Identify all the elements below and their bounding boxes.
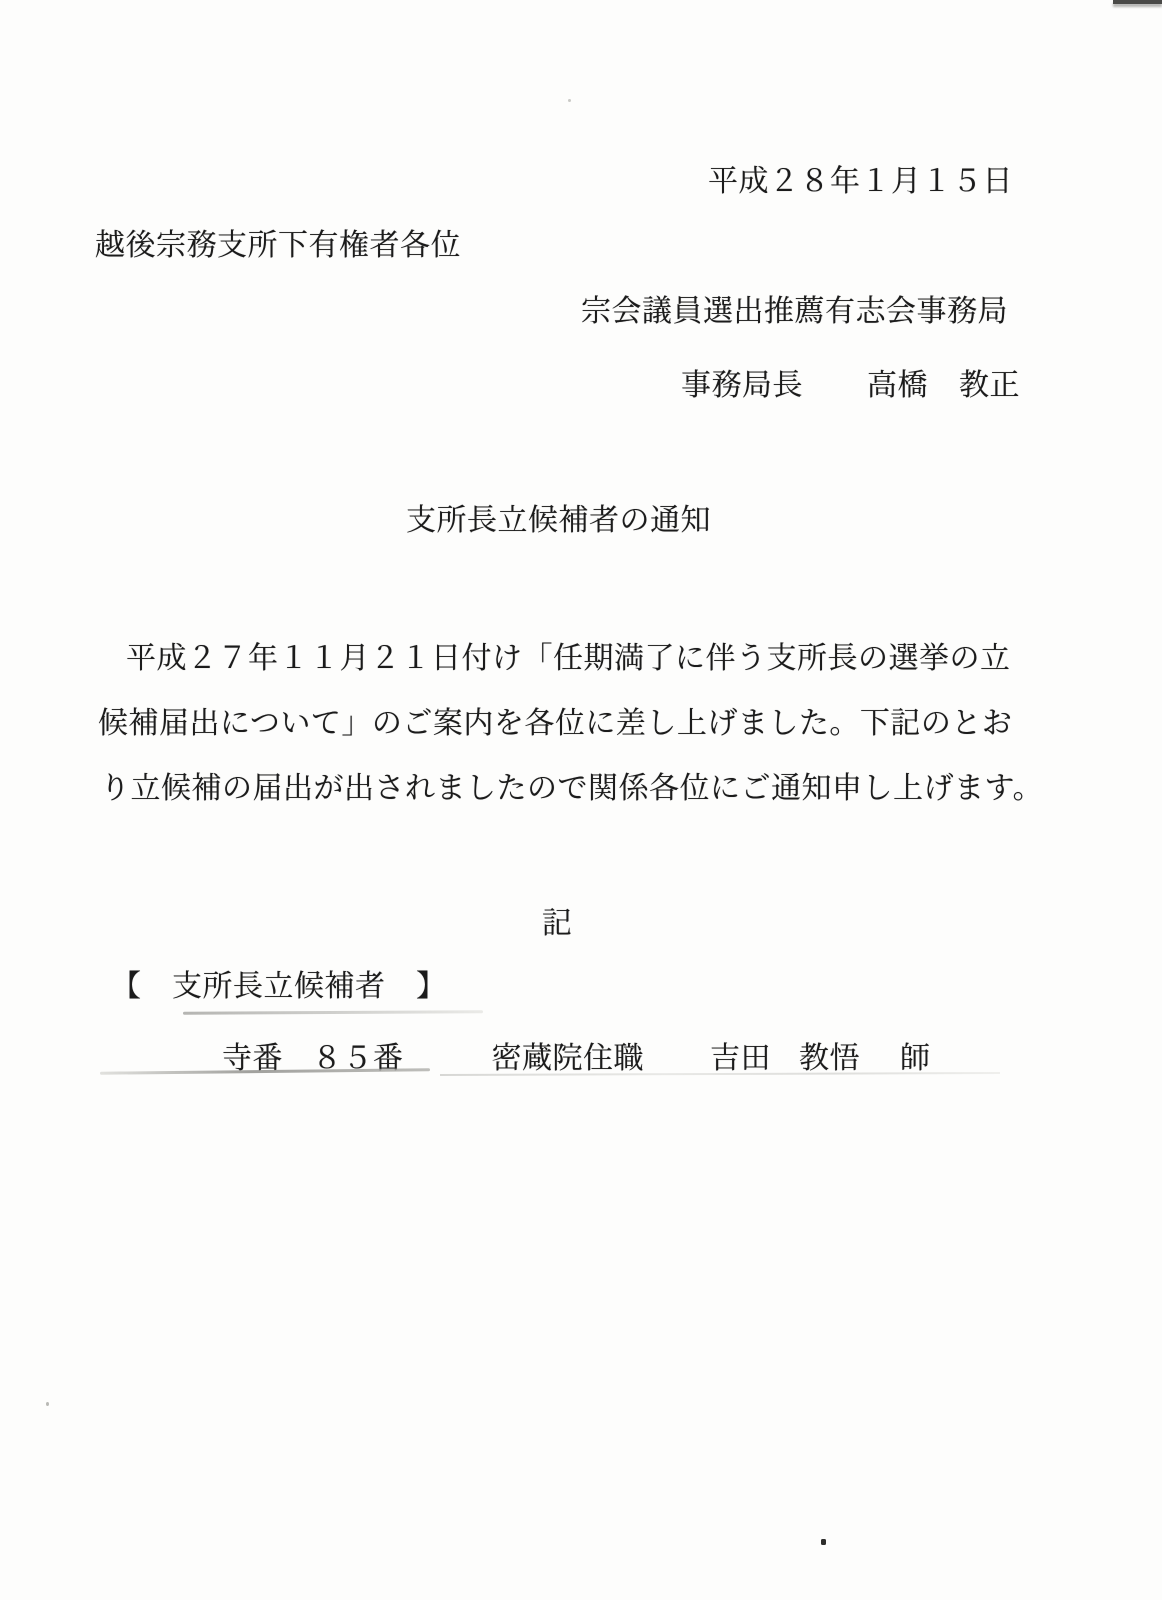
scan-artifact-dot-top	[568, 99, 571, 102]
scan-artifact-dot-left	[46, 1402, 49, 1406]
candidate-section-heading: 【 支所長立候補者 】	[111, 969, 447, 1005]
body-line-2: 候補届出について」のご案内を各位に差し上げました。下記のとお	[98, 706, 1012, 742]
candidate-honorific: 師	[900, 1042, 931, 1075]
candidate-role: 密蔵院住職	[492, 1042, 645, 1075]
sender-title: 事務局長	[681, 369, 803, 402]
scan-artifact-streak-top	[183, 1010, 483, 1015]
letter-date: 平成２８年１月１５日	[708, 164, 1013, 200]
sender-organization: 宗会議員選出推薦有志会事務局	[581, 294, 1008, 330]
temple-number: ８５番	[312, 1042, 404, 1075]
scanned-letter-page: 平成２８年１月１５日 越後宗務支所下有権者各位 宗会議員選出推薦有志会事務局 事…	[0, 0, 1162, 1600]
sender-line: 事務局長高橋教正	[681, 368, 1020, 404]
scan-artifact-dot-bottom	[821, 1539, 826, 1545]
scan-artifact-corner	[1113, 0, 1162, 4]
candidate-line: 寺番８５番密蔵院住職吉田教悟師	[222, 1041, 931, 1077]
candidate-surname: 吉田	[710, 1042, 771, 1075]
body-line-1: 平成２７年１１月２１日付け「任期満了に伴う支所長の選挙の立	[126, 641, 1011, 677]
letter-addressee: 越後宗務支所下有権者各位	[95, 228, 461, 264]
record-marker: 記	[542, 906, 573, 942]
temple-number-label: 寺番	[222, 1042, 283, 1075]
sender-given-name: 教正	[959, 369, 1020, 402]
body-line-3: り立候補の届出が出されましたので関係各位にご通知申し上げます。	[100, 771, 1043, 807]
candidate-given-name: 教悟	[799, 1042, 860, 1075]
sender-surname: 高橋	[867, 369, 928, 402]
letter-subject: 支所長立候補者の通知	[406, 503, 711, 539]
